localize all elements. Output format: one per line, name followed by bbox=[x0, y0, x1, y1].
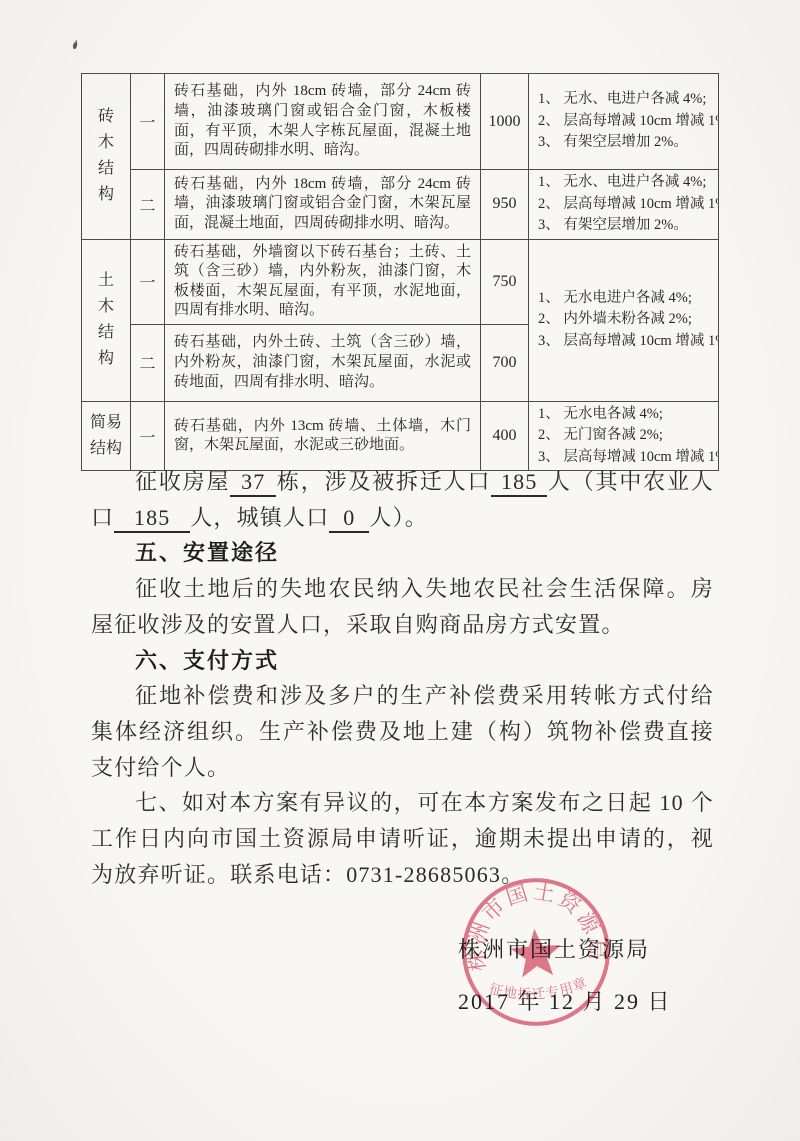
table-row: 简易结构 一 砖石基础，内外 13cm 砖墙、土体墙，木门窗，木架瓦屋面，水泥或… bbox=[82, 401, 719, 471]
grade-cell: 一 bbox=[131, 239, 165, 324]
blank-urban-population: 0 bbox=[329, 505, 369, 533]
official-seal: 株洲市国土资源局 征地拆迁专用章 bbox=[444, 860, 628, 1044]
blank-agricultural-population: 185 bbox=[114, 505, 190, 533]
svg-text:征地拆迁专用章: 征地拆迁专用章 bbox=[487, 973, 591, 1005]
adjustment-notes-cell: 1、 无水电进户各减 4%;2、 内外墙未粉各减 2%;3、 层高每增减 10c… bbox=[529, 239, 719, 401]
table-row: 二 砖石基础，内外 18cm 砖墙，部分 24cm 砖墙，油漆玻璃门窗或铝合金门… bbox=[82, 170, 719, 240]
paragraph-resettlement: 征收土地后的失地农民纳入失地农民社会生活保障。房屋征收涉及的安置人口，采取自购商… bbox=[91, 571, 714, 642]
description-cell: 砖石基础，内外 18cm 砖墙，部分 24cm 砖墙，油漆玻璃门窗或铝合金门窗，… bbox=[165, 74, 481, 170]
price-cell: 750 bbox=[481, 239, 529, 324]
table-row: 砖木结构 一 砖石基础，内外 18cm 砖墙，部分 24cm 砖墙，油漆玻璃门窗… bbox=[82, 74, 719, 170]
description-cell: 砖石基础，内外 18cm 砖墙，部分 24cm 砖墙，油漆玻璃门窗或铝合金门窗，… bbox=[165, 170, 481, 240]
pen-mark bbox=[72, 42, 78, 50]
compensation-table: 砖木结构 一 砖石基础，内外 18cm 砖墙，部分 24cm 砖墙，油漆玻璃门窗… bbox=[81, 73, 719, 471]
description-cell: 砖石基础，外墙窗以下砖石基台；土砖、土筑（含三砂）墙，内外粉灰，油漆门窗，木板楼… bbox=[165, 239, 481, 324]
table-row: 土木结构 一 砖石基础，外墙窗以下砖石基台；土砖、土筑（含三砂）墙，内外粉灰，油… bbox=[82, 239, 719, 324]
adjustment-notes-cell: 1、 无水、电进户各减 4%;2、 层高每增减 10cm 增减 1%;3、 有架… bbox=[529, 74, 719, 170]
grade-cell: 二 bbox=[131, 324, 165, 401]
price-cell: 950 bbox=[481, 170, 529, 240]
seal-star-icon bbox=[509, 927, 562, 978]
text-segment: 人）。 bbox=[369, 505, 428, 530]
text-segment: 人，城镇人口 bbox=[190, 505, 329, 530]
structure-name-simple: 简易结构 bbox=[82, 401, 131, 471]
grade-cell: 一 bbox=[131, 401, 165, 471]
structure-name-brick-wood: 砖木结构 bbox=[82, 74, 131, 240]
structure-name-earth-wood: 土木结构 bbox=[82, 239, 131, 401]
price-cell: 700 bbox=[481, 324, 529, 401]
heading-section-5-resettlement: 五、安置途径 bbox=[91, 535, 714, 571]
paragraph-housing-stats: 征收房屋37栋，涉及被拆迁人口185人（其中农业人口185人，城镇人口0人）。 bbox=[91, 464, 714, 535]
text-segment: 栋，涉及被拆迁人口 bbox=[276, 469, 491, 494]
text-segment: 征收房屋 bbox=[135, 469, 230, 494]
adjustment-notes-cell: 1、 无水、电进户各减 4%;2、 层高每增减 10cm 增减 1%;3、 有架… bbox=[529, 170, 719, 240]
seal-bottom-text: 征地拆迁专用章 bbox=[487, 973, 591, 1005]
heading-section-6-payment: 六、支付方式 bbox=[91, 643, 714, 679]
description-cell: 砖石基础，内外土砖、土筑（含三砂）墙，内外粉灰，油漆门窗，木架瓦屋面，水泥或砖地… bbox=[165, 324, 481, 401]
description-cell: 砖石基础，内外 13cm 砖墙、土体墙，木门窗，木架瓦屋面，水泥或三砂地面。 bbox=[165, 401, 481, 471]
blank-house-count: 37 bbox=[230, 469, 276, 497]
paragraph-objection-hearing: 七、如对本方案有异议的，可在本方案发布之日起 10 个工作日内向市国土资源局申请… bbox=[91, 785, 714, 892]
document-page: 砖木结构 一 砖石基础，内外 18cm 砖墙，部分 24cm 砖墙，油漆玻璃门窗… bbox=[0, 0, 800, 1141]
price-cell: 400 bbox=[481, 401, 529, 471]
grade-cell: 二 bbox=[131, 170, 165, 240]
paragraph-payment: 征地补偿费和涉及多户的生产补偿费采用转帐方式付给集体经济组织。生产补偿费及地上建… bbox=[91, 678, 714, 785]
blank-relocated-population: 185 bbox=[491, 469, 547, 497]
price-cell: 1000 bbox=[481, 74, 529, 170]
grade-cell: 一 bbox=[131, 74, 165, 170]
adjustment-notes-cell: 1、 无水电各减 4%;2、 无门窗各减 2%;3、 层高每增减 10cm 增减… bbox=[529, 401, 719, 471]
document-body: 征收房屋37栋，涉及被拆迁人口185人（其中农业人口185人，城镇人口0人）。 … bbox=[91, 464, 714, 892]
